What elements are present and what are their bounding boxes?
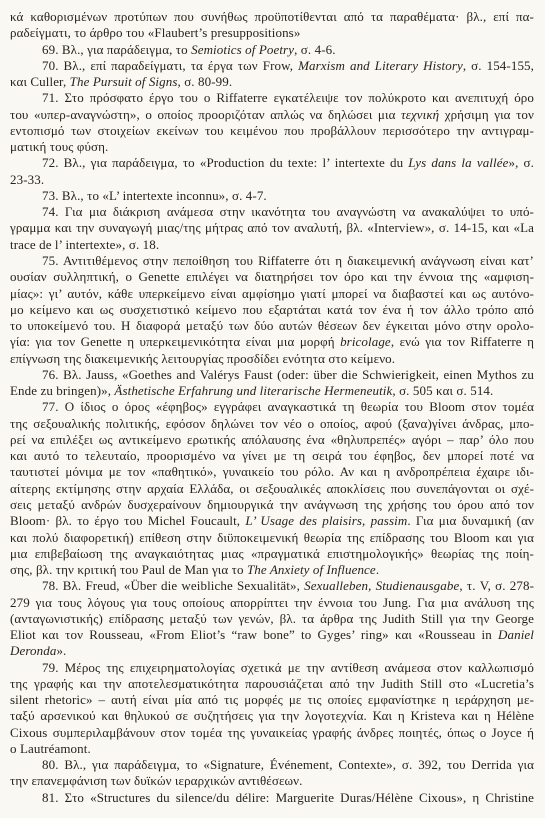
italic-text-segment: Marxism and Literary History — [298, 58, 463, 73]
italic-text-segment: Ästhetische Erfahrung und literarische H… — [114, 383, 392, 398]
text-line: 81. Στο «Structures du silence/du délire… — [10, 790, 534, 806]
text-line: και αυτό το τελευταίο, προορισμένο να γί… — [10, 448, 534, 464]
text-line: (ανταγωνιστικής) επίδρασης μεταξύ των γε… — [10, 611, 534, 627]
text-segment: κά καθορισμένων προτύπων που συνήθως προ… — [10, 9, 534, 24]
text-line: 70. Βλ., επί παραδείγματι, τα έργα των F… — [10, 58, 534, 74]
text-segment: αίτερης εκτίμησης στην αρχαία Ελλάδα, οι… — [10, 481, 534, 496]
text-line: Deronda». — [10, 643, 534, 659]
text-segment: μια επιβεβαίωση της αναγκαιότητας μιας «… — [10, 546, 534, 561]
text-line: του «υπερ-αναγνώστη», ο οποίος προοριζότ… — [10, 107, 534, 123]
text-segment: ματική τους φύση. — [10, 139, 108, 154]
text-segment: 23-33. — [10, 172, 44, 187]
text-line: Cixous συμπεριλαμβάνουν στον τομέα της γ… — [10, 725, 534, 741]
text-segment: », σ. — [508, 155, 534, 170]
text-line: 75. Αντιτιθέμενος στην πεποίθηση του Rif… — [10, 253, 534, 269]
document-page: κά καθορισμένων προτύπων που συνήθως προ… — [0, 0, 545, 818]
text-segment: . — [376, 562, 379, 577]
footnote-79: 79. Μέρος της επιχειρηματολογίας σχετικά… — [10, 660, 534, 758]
text-segment: μίας»: γι’ αυτόν, κάθε υπερκείμενο είναι… — [10, 286, 534, 301]
text-segment: Ende zu bringen)», — [10, 383, 114, 398]
text-segment: την επανεμφάνιση των δυϊκών ιεραρχικών α… — [10, 773, 303, 788]
text-segment: 81. Στο «Structures du silence/du délire… — [42, 790, 534, 805]
text-segment: της σεξουαλικής πολιτικής, εφόσον δηλώνε… — [10, 416, 534, 431]
italic-text-segment: τεχνική — [401, 107, 439, 122]
text-segment: , ενώ για τον Riffaterre η — [391, 334, 534, 349]
text-line: 73. Βλ., το «L’ intertexte inconnu», σ. … — [10, 188, 534, 204]
text-line: σης, βλ. την κριτική του Paul de Man για… — [10, 562, 534, 578]
text-line: ρεί να επιλέξει ως αντικείμενο ερωτικής … — [10, 432, 534, 448]
text-line: 78. Βλ. Freud, «Über die weibliche Sexua… — [10, 578, 534, 594]
text-line: 71. Στο πρόσφατο έργο του ο Riffaterre ε… — [10, 90, 534, 106]
text-segment: σεις μεταξύ ανδρών δυσχεραίνουν δημιουργ… — [10, 497, 534, 512]
text-segment: trace de l’ intertexte», σ. 18. — [10, 237, 159, 252]
text-segment: γία: για τον Genette η υπερκειμενικότητα… — [10, 334, 340, 349]
text-segment: της γραφής και την αποτελεσματικότητα πα… — [10, 676, 534, 691]
text-line: ταυτιστεί μόνιμα με τον «παθητικό», γυνα… — [10, 464, 534, 480]
italic-text-segment: bricolage — [340, 334, 391, 349]
text-line: γία: για τον Genette η υπερκειμενικότητα… — [10, 334, 534, 350]
text-line: κά καθορισμένων προτύπων που συνήθως προ… — [10, 9, 534, 25]
italic-text-segment: Semiotics of Poetry — [191, 42, 294, 57]
footnote-80: 80. Βλ., για παράδειγμα, το «Signature, … — [10, 757, 534, 790]
italic-text-segment: Deronda — [10, 643, 56, 658]
text-segment: Bloom· βλ. το έργο του Michel Foucault, — [10, 513, 245, 528]
footnote-71: 71. Στο πρόσφατο έργο του ο Riffaterre ε… — [10, 90, 534, 155]
text-line: 279 για τους λόγους για τους οποίους απο… — [10, 595, 534, 611]
footnote-74: 74. Για μια διάκριση ανάμεσα στην ικανότ… — [10, 204, 534, 253]
footnote-73: 73. Βλ., το «L’ intertexte inconnu», σ. … — [10, 188, 534, 204]
text-line: γραμμα και την συναγωγή μιας/της μήτρας … — [10, 220, 534, 236]
text-segment: και αυτό το τελευταίο, προορισμένο να γί… — [10, 448, 534, 463]
text-line: 79. Μέρος της επιχειρηματολογίας σχετικά… — [10, 660, 534, 676]
text-line: αίτερης εκτίμησης στην αρχαία Ελλάδα, οι… — [10, 481, 534, 497]
text-segment: Cixous συμπεριλαμβάνουν στον τομέα της γ… — [10, 725, 534, 740]
text-line: ουσίαν συλληπτική, ο Genette επιλέγει να… — [10, 269, 534, 285]
text-line: 77. Ο ίδιος ο όρος «έφηβος» εγγράφει ανα… — [10, 399, 534, 415]
text-segment: επίγνωση της διακειμενικής λειτουργίας π… — [10, 351, 395, 366]
text-segment: 79. Μέρος της επιχειρηματολογίας σχετικά… — [42, 660, 534, 675]
text-line: σεις μεταξύ ανδρών δυσχεραίνουν δημιουργ… — [10, 497, 534, 513]
text-segment: , σ. 80-99. — [178, 74, 233, 89]
text-segment: 74. Για μια διάκριση ανάμεσα στην ικανότ… — [42, 204, 534, 219]
text-segment: Eliot και τον Rousseau, «From Eliot’s “r… — [10, 627, 498, 642]
footnote-72: 72. Βλ., για παράδειγμα, το «Production … — [10, 155, 534, 188]
text-line: 76. Βλ. Jauss, «Goethes and Valérys Faus… — [10, 367, 534, 383]
text-line: Bloom· βλ. το έργο του Michel Foucault, … — [10, 513, 534, 529]
text-segment: 78. Βλ. Freud, «Über die weibliche Sexua… — [42, 578, 304, 593]
text-segment: . Για μια δυναμική (αν — [407, 513, 534, 528]
text-segment: 69. Βλ., για παράδειγμα, το — [42, 42, 191, 57]
text-segment: 72. Βλ., για παράδειγμα, το «Production … — [42, 155, 408, 170]
text-segment: ταξύ αρσενικού και θηλυκού σε συζητήσεις… — [10, 708, 534, 723]
text-line: την επανεμφάνιση των δυϊκών ιεραρχικών α… — [10, 773, 534, 789]
text-line: silent rhetoric» – αυτή είναι μία από τι… — [10, 692, 534, 708]
text-segment: 70. Βλ., επί παραδείγματι, τα έργα των F… — [42, 58, 298, 73]
footnote-69: 69. Βλ., για παράδειγμα, το Semiotics of… — [10, 42, 534, 58]
text-segment: (ανταγωνιστικής) επίδρασης μεταξύ των γε… — [10, 611, 534, 626]
footnote-75: 75. Αντιτιθέμενος στην πεποίθηση του Rif… — [10, 253, 534, 367]
text-line: 69. Βλ., για παράδειγμα, το Semiotics of… — [10, 42, 534, 58]
italic-text-segment: The Pursuit of Signs — [70, 74, 178, 89]
text-segment: 71. Στο πρόσφατο έργο του ο Riffaterre ε… — [42, 90, 534, 105]
text-segment: silent rhetoric» – αυτή είναι μία από τι… — [10, 692, 534, 707]
text-line: μια επιβεβαίωση της αναγκαιότητας μιας «… — [10, 546, 534, 562]
text-line: ο Lautréamont. — [10, 741, 534, 757]
text-line: και πολύ διαφορετική) επίθεση στην διϋπο… — [10, 530, 534, 546]
text-segment: 73. Βλ., το «L’ intertexte inconnu», σ. … — [42, 188, 267, 203]
text-segment: ρεί να επιλέξει ως αντικείμενο ερωτικής … — [10, 432, 534, 447]
text-segment: και πολύ διαφορετική) επίθεση στην διϋπο… — [10, 530, 534, 545]
italic-text-segment: The Anxiety of Influence — [247, 562, 376, 577]
text-line: trace de l’ intertexte», σ. 18. — [10, 237, 534, 253]
italic-text-segment: Lys dans la vallée — [408, 155, 508, 170]
text-line: μίας»: γι’ αυτόν, κάθε υπερκείμενο είναι… — [10, 286, 534, 302]
footnote-70: 70. Βλ., επί παραδείγματι, τα έργα των F… — [10, 58, 534, 91]
text-segment: , σ. 505 και σ. 514. — [392, 383, 493, 398]
text-line: και Culler, The Pursuit of Signs, σ. 80-… — [10, 74, 534, 90]
continuation-paragraph: κά καθορισμένων προτύπων που συνήθως προ… — [10, 9, 534, 42]
text-line: της σεξουαλικής πολιτικής, εφόσον δηλώνε… — [10, 416, 534, 432]
text-segment: του «υπερ-αναγνώστη», ο οποίος προοριζότ… — [10, 107, 401, 122]
text-line: επίγνωση της διακειμενικής λειτουργίας π… — [10, 351, 534, 367]
text-line: 80. Βλ., για παράδειγμα, το «Signature, … — [10, 757, 534, 773]
text-segment: 75. Αντιτιθέμενος στην πεποίθηση του Rif… — [42, 253, 534, 268]
text-segment: εντοπισμό των στοιχείων εκείνων του κειμ… — [10, 123, 534, 138]
text-segment: ταυτιστεί μόνιμα με τον «παθητικό», γυνα… — [10, 464, 534, 479]
text-line: 72. Βλ., για παράδειγμα, το «Production … — [10, 155, 534, 171]
text-segment: ». — [56, 643, 66, 658]
footnote-76: 76. Βλ. Jauss, «Goethes and Valérys Faus… — [10, 367, 534, 400]
italic-text-segment: Sexualleben, Studienausgabe — [304, 578, 459, 593]
footnote-78: 78. Βλ. Freud, «Über die weibliche Sexua… — [10, 578, 534, 659]
text-segment: 80. Βλ., για παράδειγμα, το «Signature, … — [42, 757, 534, 772]
text-line: Eliot και τον Rousseau, «From Eliot’s “r… — [10, 627, 534, 643]
text-segment: , τ. V, σ. 278- — [459, 578, 534, 593]
text-segment: , σ. 154-155, — [463, 58, 534, 73]
text-segment: το υποκείμενό του. Η διαφορά μεταξύ των … — [10, 318, 534, 333]
footnote-77: 77. Ο ίδιος ο όρος «έφηβος» εγγράφει ανα… — [10, 399, 534, 578]
text-line: 74. Για μια διάκριση ανάμεσα στην ικανότ… — [10, 204, 534, 220]
text-segment: , σ. 4-6. — [294, 42, 336, 57]
text-line: το υποκείμενό του. Η διαφορά μεταξύ των … — [10, 318, 534, 334]
text-segment: 76. Βλ. Jauss, «Goethes and Valérys Faus… — [42, 367, 534, 382]
text-line: της γραφής και την αποτελεσματικότητα πα… — [10, 676, 534, 692]
text-segment: ο Lautréamont. — [10, 741, 91, 756]
text-line: εντοπισμό των στοιχείων εκείνων του κειμ… — [10, 123, 534, 139]
text-line: Ende zu bringen)», Ästhetische Erfahrung… — [10, 383, 534, 399]
italic-text-segment: Daniel — [498, 627, 534, 642]
text-line: ταξύ αρσενικού και θηλυκού σε συζητήσεις… — [10, 708, 534, 724]
text-segment: ουσίαν συλληπτική, ο Genette επιλέγει να… — [10, 269, 534, 284]
italic-text-segment: L’ Usage des plaisirs, passim — [245, 513, 407, 528]
text-segment: μο κείμενο και ως συσχετιστικό κείμενο π… — [10, 302, 534, 317]
notes-text-block: κά καθορισμένων προτύπων που συνήθως προ… — [0, 0, 545, 806]
text-segment: 279 για τους λόγους για τους οποίους απο… — [10, 595, 534, 610]
text-segment: 77. Ο ίδιος ο όρος «έφηβος» εγγράφει ανα… — [42, 399, 534, 414]
text-segment: ραδείγματι, το άρθρο του «Flaubert’s pre… — [10, 25, 300, 40]
text-line: ματική τους φύση. — [10, 139, 534, 155]
text-line: 23-33. — [10, 172, 534, 188]
text-line: μο κείμενο και ως συσχετιστικό κείμενο π… — [10, 302, 534, 318]
footnote-81: 81. Στο «Structures du silence/du délire… — [10, 790, 534, 806]
text-line: ραδείγματι, το άρθρο του «Flaubert’s pre… — [10, 25, 534, 41]
text-segment: σης, βλ. την κριτική του Paul de Man για… — [10, 562, 247, 577]
text-segment: και Culler, — [10, 74, 70, 89]
text-segment: χρήσιμη για τον — [439, 107, 534, 122]
text-segment: γραμμα και την συναγωγή μιας/της μήτρας … — [10, 220, 534, 235]
